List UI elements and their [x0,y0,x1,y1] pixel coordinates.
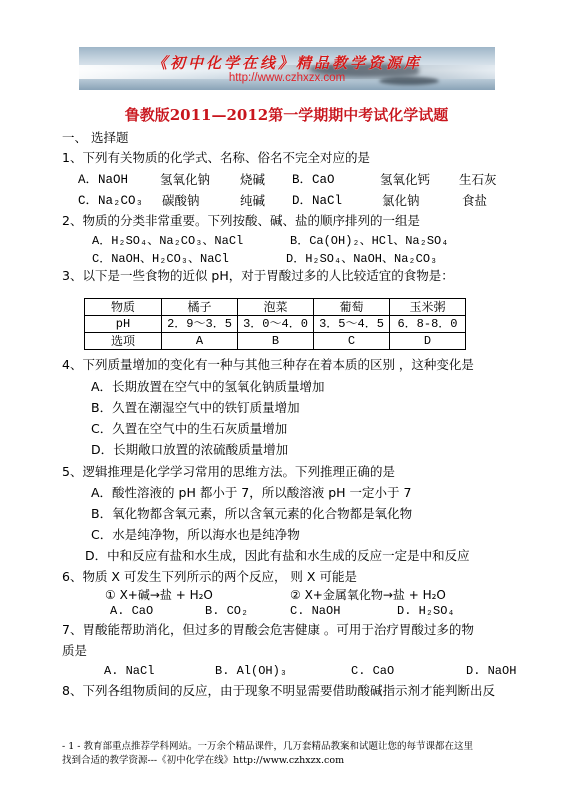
table-row: pH 2．9～3．5 3．0～4．0 3．5～4．5 6．8-8．0 [85,316,466,333]
table-cell: 橘子 [162,299,238,316]
q6-reaction-1: ① X+碱→盐 + H₂O [105,587,213,603]
q1-option-d-common: 食盐 [462,193,487,209]
q1-option-b-formula: B．CaO [292,172,335,188]
header-banner: 《初中化学在线》精品教学资源库 http://www.czhxzx.com [79,47,495,90]
q7-option-b: B. Al(OH)₃ [215,663,287,679]
q4-option-c: C．久置在空气中的生石灰质量增加 [91,421,287,437]
q6-option-a: A. CaO [110,603,153,619]
q6-option-b: B. CO₂ [205,603,248,619]
q1-option-c-name: 碳酸钠 [162,193,200,209]
question-7-stem-line2: 质是 [62,643,87,659]
question-2-stem: 2、物质的分类非常重要。下列按酸、碱、盐的顺序排列的一组是 [62,213,420,229]
footer-line-2[interactable]: 找到合适的教学资源---《初中化学在线》http://www.czhxzx.co… [62,754,473,768]
q4-option-d: D．长期敞口放置的浓硫酸质量增加 [91,442,288,458]
q5-option-c: C．水是纯净物，所以海水也是纯净物 [91,527,300,543]
table-cell: D [390,333,466,350]
q4-option-b: B．久置在潮湿空气中的铁钉质量增加 [91,400,300,416]
table-cell: 3．0～4．0 [238,316,314,333]
q1-option-d-name: 氯化钠 [382,193,420,209]
q1-option-d-formula: D．NaCl [292,193,342,209]
table-cell: B [238,333,314,350]
question-1-stem: 1、下列有关物质的化学式、名称、俗名不完全对应的是 [62,150,370,166]
footer-line-1: - 1 - 教育部重点推荐学科网站。一万余个精品课件，几万套精品教案和试题让您的… [62,740,473,754]
q4-option-a: A．长期放置在空气中的氢氧化钠质量增加 [91,379,325,395]
q5-option-b: B．氧化物都含氧元素，所以含氧元素的化合物都是氧化物 [91,506,412,522]
table-cell: 泡菜 [238,299,314,316]
q2-option-c: C．NaOH、H₂CO₃、NaCl [92,251,229,267]
q1-option-c-formula: C．Na₂CO₃ [78,193,143,209]
q7-option-d: D. NaOH [466,663,516,679]
q6-reaction-2: ② X+金属氧化物→盐 + H₂O [290,587,446,603]
document-title: 鲁教版2011—2012第一学期期中考试化学试题 [0,104,573,125]
q2-option-d: D．H₂SO₄、NaOH、Na₂CO₃ [286,251,437,267]
q1-option-a-common: 烧碱 [240,172,265,188]
table-cell: 3．5～4．5 [314,316,390,333]
q1-option-c-common: 纯碱 [240,193,265,209]
question-5-stem: 5、逻辑推理是化学学习常用的思维方法。下列推理正确的是 [62,464,395,480]
table-row: 物质 橘子 泡菜 葡萄 玉米粥 [85,299,466,316]
question-4-stem: 4、下列质量增加的变化有一种与其他三种存在着本质的区别 ，这种变化是 [62,357,474,373]
q5-option-d: D．中和反应有盐和水生成，因此有盐和水生成的反应一定是中和反应 [85,548,470,564]
table-cell: 6．8-8．0 [390,316,466,333]
q6-option-d: D. H₂SO₄ [397,603,455,619]
q7-option-a: A. NaCl [104,663,154,679]
banner-title: 《初中化学在线》精品教学资源库 [79,52,495,73]
question-8-stem: 8、下列各组物质间的反应，由于现象不明显需要借助酸碱指示剂才能判断出反 [62,683,495,699]
table-cell: pH [85,316,162,333]
ph-table: 物质 橘子 泡菜 葡萄 玉米粥 pH 2．9～3．5 3．0～4．0 3．5～4… [84,298,466,350]
question-3-stem: 3、以下是一些食物的近似 pH，对于胃酸过多的人比较适宜的食物是： [62,268,454,284]
q7-option-c: C. CaO [351,663,394,679]
section-heading: 一、 选择题 [62,130,128,146]
banner-url[interactable]: http://www.czhxzx.com [79,72,495,84]
table-cell: 葡萄 [314,299,390,316]
q6-option-c: C. NaOH [290,603,340,619]
q1-option-b-common: 生石灰 [459,172,497,188]
table-cell: C [314,333,390,350]
q1-option-a-formula: A．NaOH [78,172,128,188]
q1-option-a-name: 氢氧化钠 [160,172,210,188]
table-cell: 选项 [85,333,162,350]
q2-option-b: B．Ca(OH)₂、HCl、Na₂SO₄ [290,233,448,249]
page-footer: - 1 - 教育部重点推荐学科网站。一万余个精品课件，几万套精品教案和试题让您的… [62,740,473,768]
question-7-stem-line1: 7、胃酸能帮助消化，但过多的胃酸会危害健康 。可用于治疗胃酸过多的物 [62,622,474,638]
q2-option-a: A．H₂SO₄、Na₂CO₃、NaCl [92,233,243,249]
table-cell: 玉米粥 [390,299,466,316]
table-cell: 2．9～3．5 [162,316,238,333]
table-row: 选项 A B C D [85,333,466,350]
table-cell: A [162,333,238,350]
question-6-stem: 6、物质 X 可发生下列所示的两个反应， 则 X 可能是 [62,569,357,585]
q1-option-b-name: 氢氧化钙 [380,172,430,188]
q5-option-a: A．酸性溶液的 pH 都小于 7，所以酸溶液 pH 一定小于 7 [91,485,411,501]
table-cell: 物质 [85,299,162,316]
